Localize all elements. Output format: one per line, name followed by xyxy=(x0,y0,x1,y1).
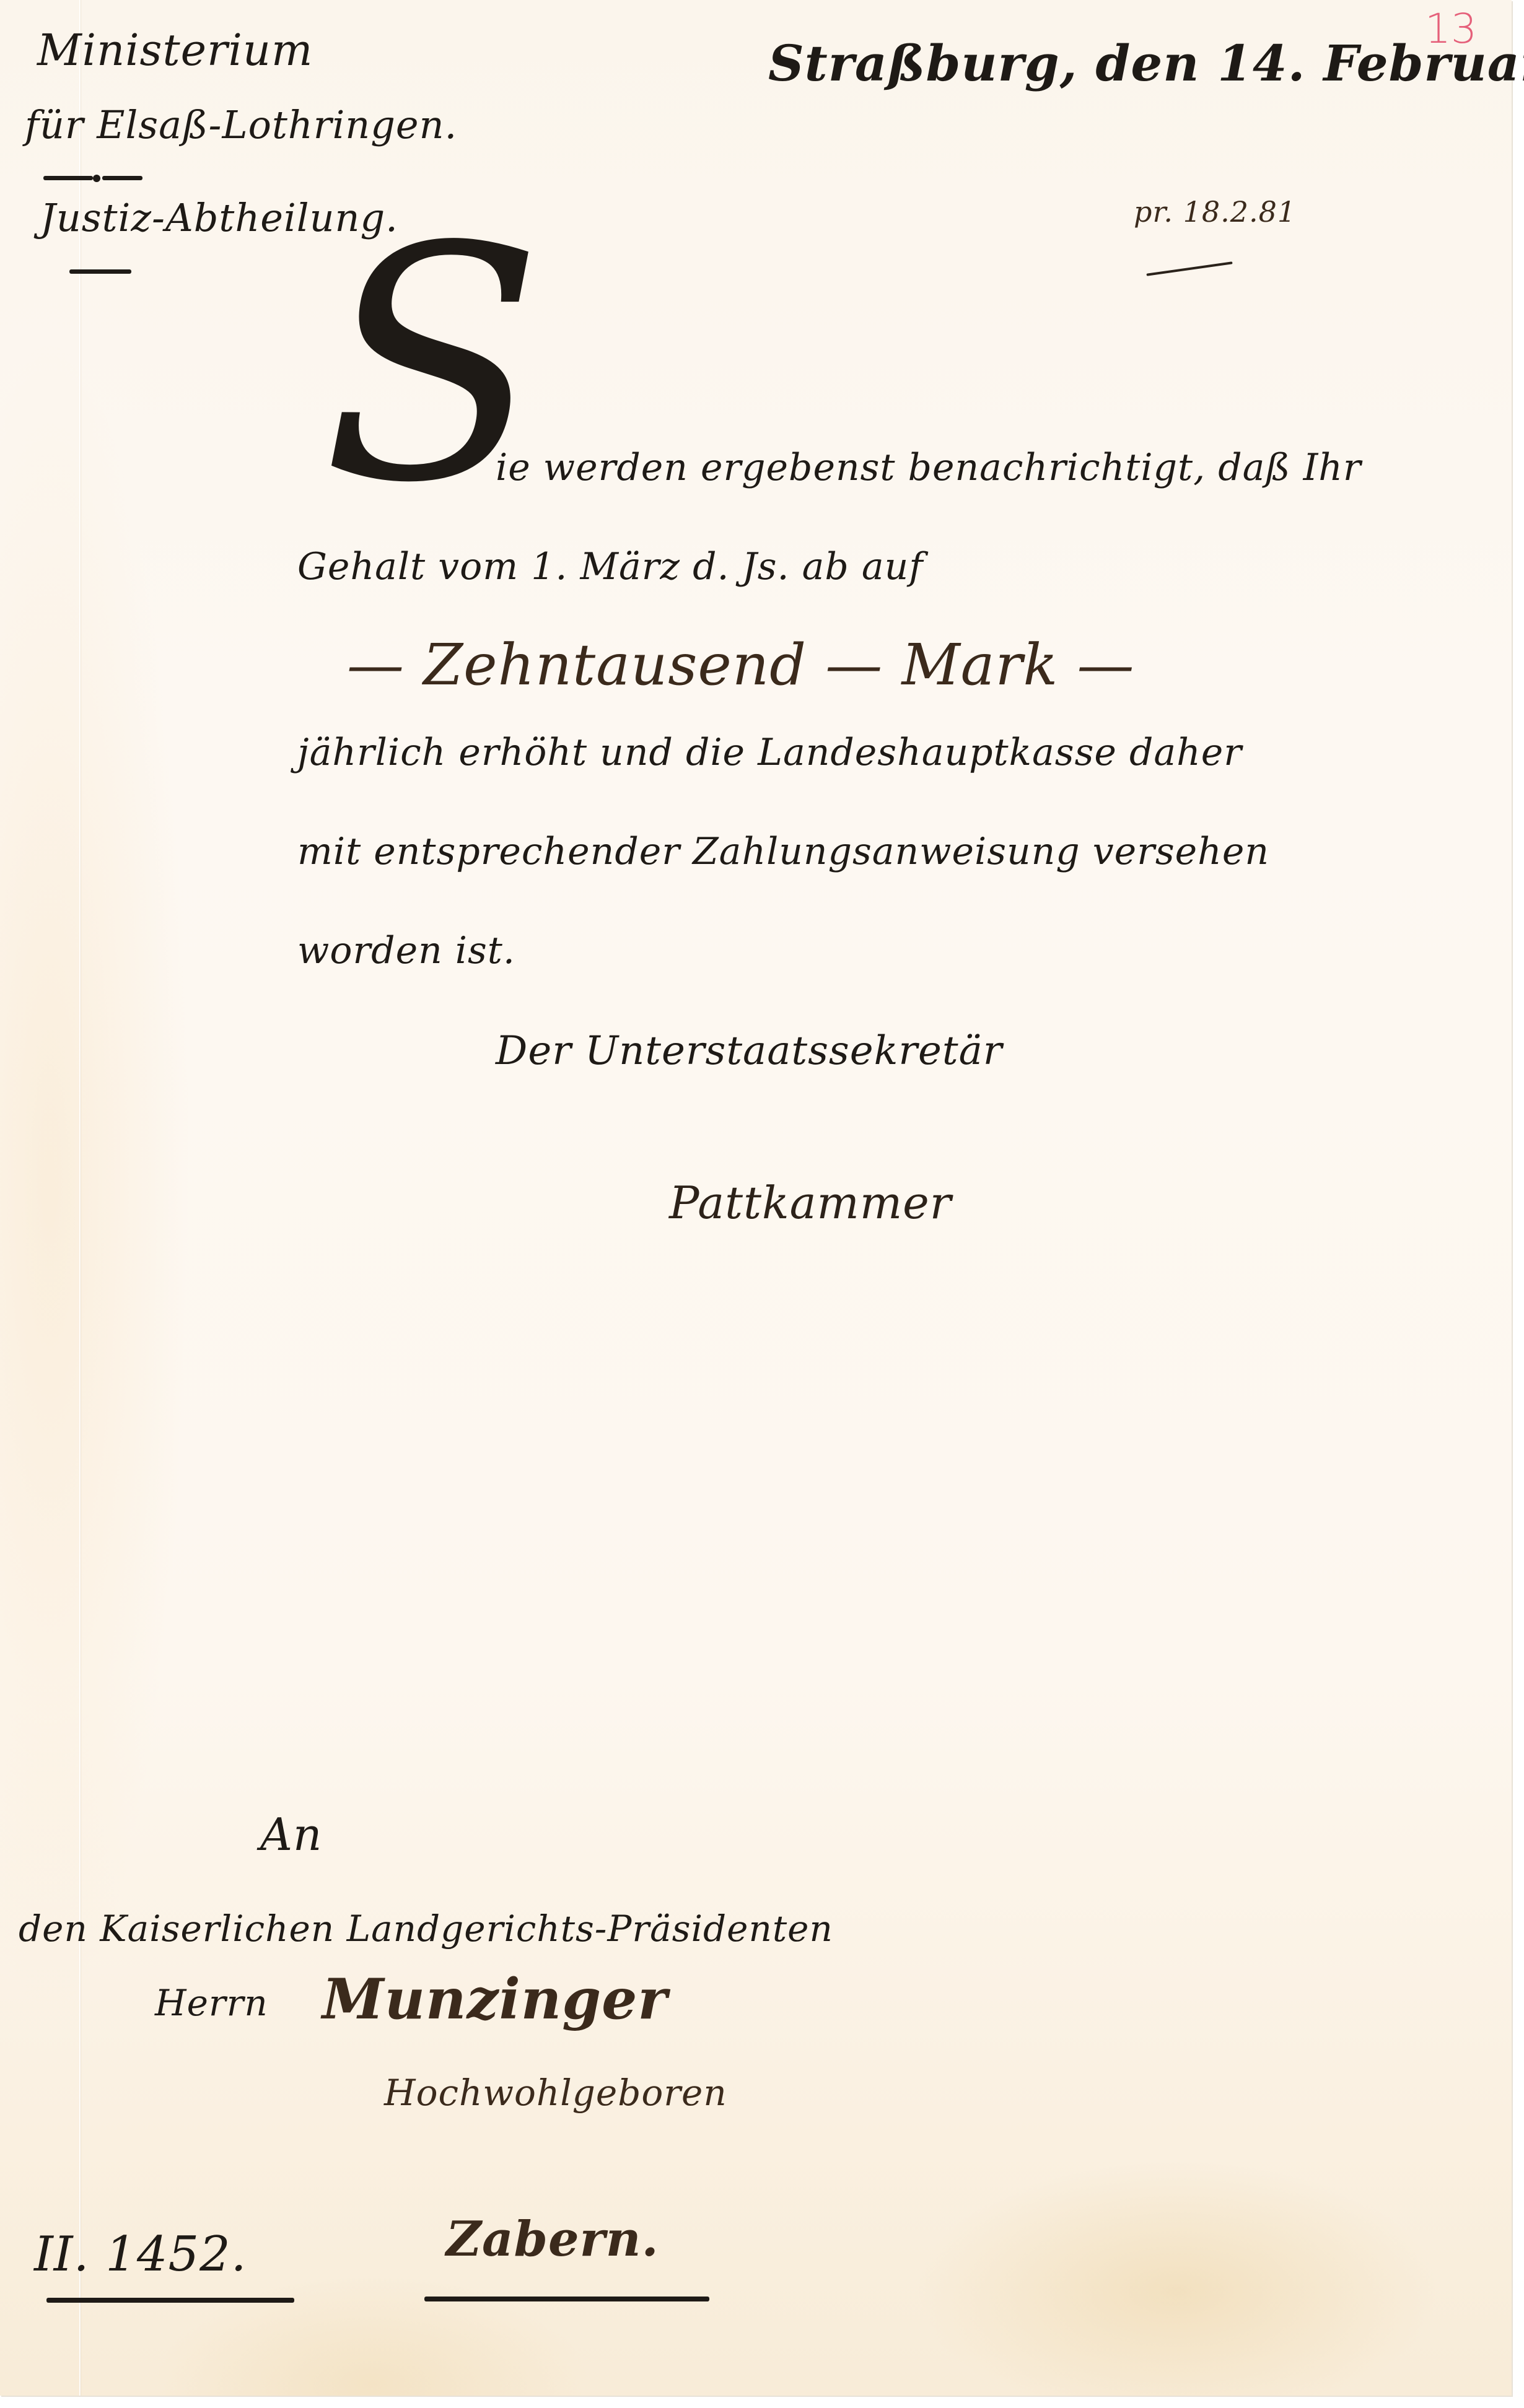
letterhead-rule-left xyxy=(43,176,93,180)
letterhead-rule-dot xyxy=(93,175,100,182)
address-line-1: den Kaiserlichen Landgerichts-Präsidente… xyxy=(19,1908,833,1950)
letterhead-rule-right xyxy=(102,176,142,180)
address-city: Zabern. xyxy=(446,2211,659,2267)
closing-title: Der Unterstaatssekretär xyxy=(496,1028,1002,1074)
received-note: pr. 18.2.81 xyxy=(1134,195,1296,229)
reference-underline xyxy=(46,2298,294,2303)
body-line-4: mit entsprechender Zahlungsanweisung ver… xyxy=(297,830,1269,873)
salary-amount: — Zehntausend — Mark — xyxy=(347,632,1135,698)
body-line-1: ie werden ergebenst benachrichtigt, daß … xyxy=(496,446,1362,489)
signature: Pattkammer xyxy=(669,1177,952,1229)
address-salutation: Herrn xyxy=(155,1982,268,2024)
letterhead-ministry: Ministerium xyxy=(37,25,313,76)
body-line-2: Gehalt vom 1. März d. Js. ab auf xyxy=(297,545,924,588)
address-prefix: An xyxy=(260,1808,322,1861)
letterhead-region: für Elsaß-Lothringen. xyxy=(25,102,457,147)
body-line-3: jährlich erhöht und die Landeshauptkasse… xyxy=(297,731,1242,774)
reference-number: II. 1452. xyxy=(34,2227,247,2282)
body-line-5: worden ist. xyxy=(297,929,515,972)
letter-page: 13 Ministerium für Elsaß-Lothringen. Jus… xyxy=(0,0,1512,2396)
address-honorific: Hochwohlgeboren xyxy=(384,2072,727,2114)
address-name: Munzinger xyxy=(322,1966,668,2032)
place-date: Straßburg, den 14. Februar 1881 xyxy=(768,34,1524,92)
department-underline xyxy=(69,269,131,274)
paper-fold-crease xyxy=(79,0,81,2396)
city-underline xyxy=(424,2297,709,2301)
received-flourish xyxy=(1146,261,1232,276)
